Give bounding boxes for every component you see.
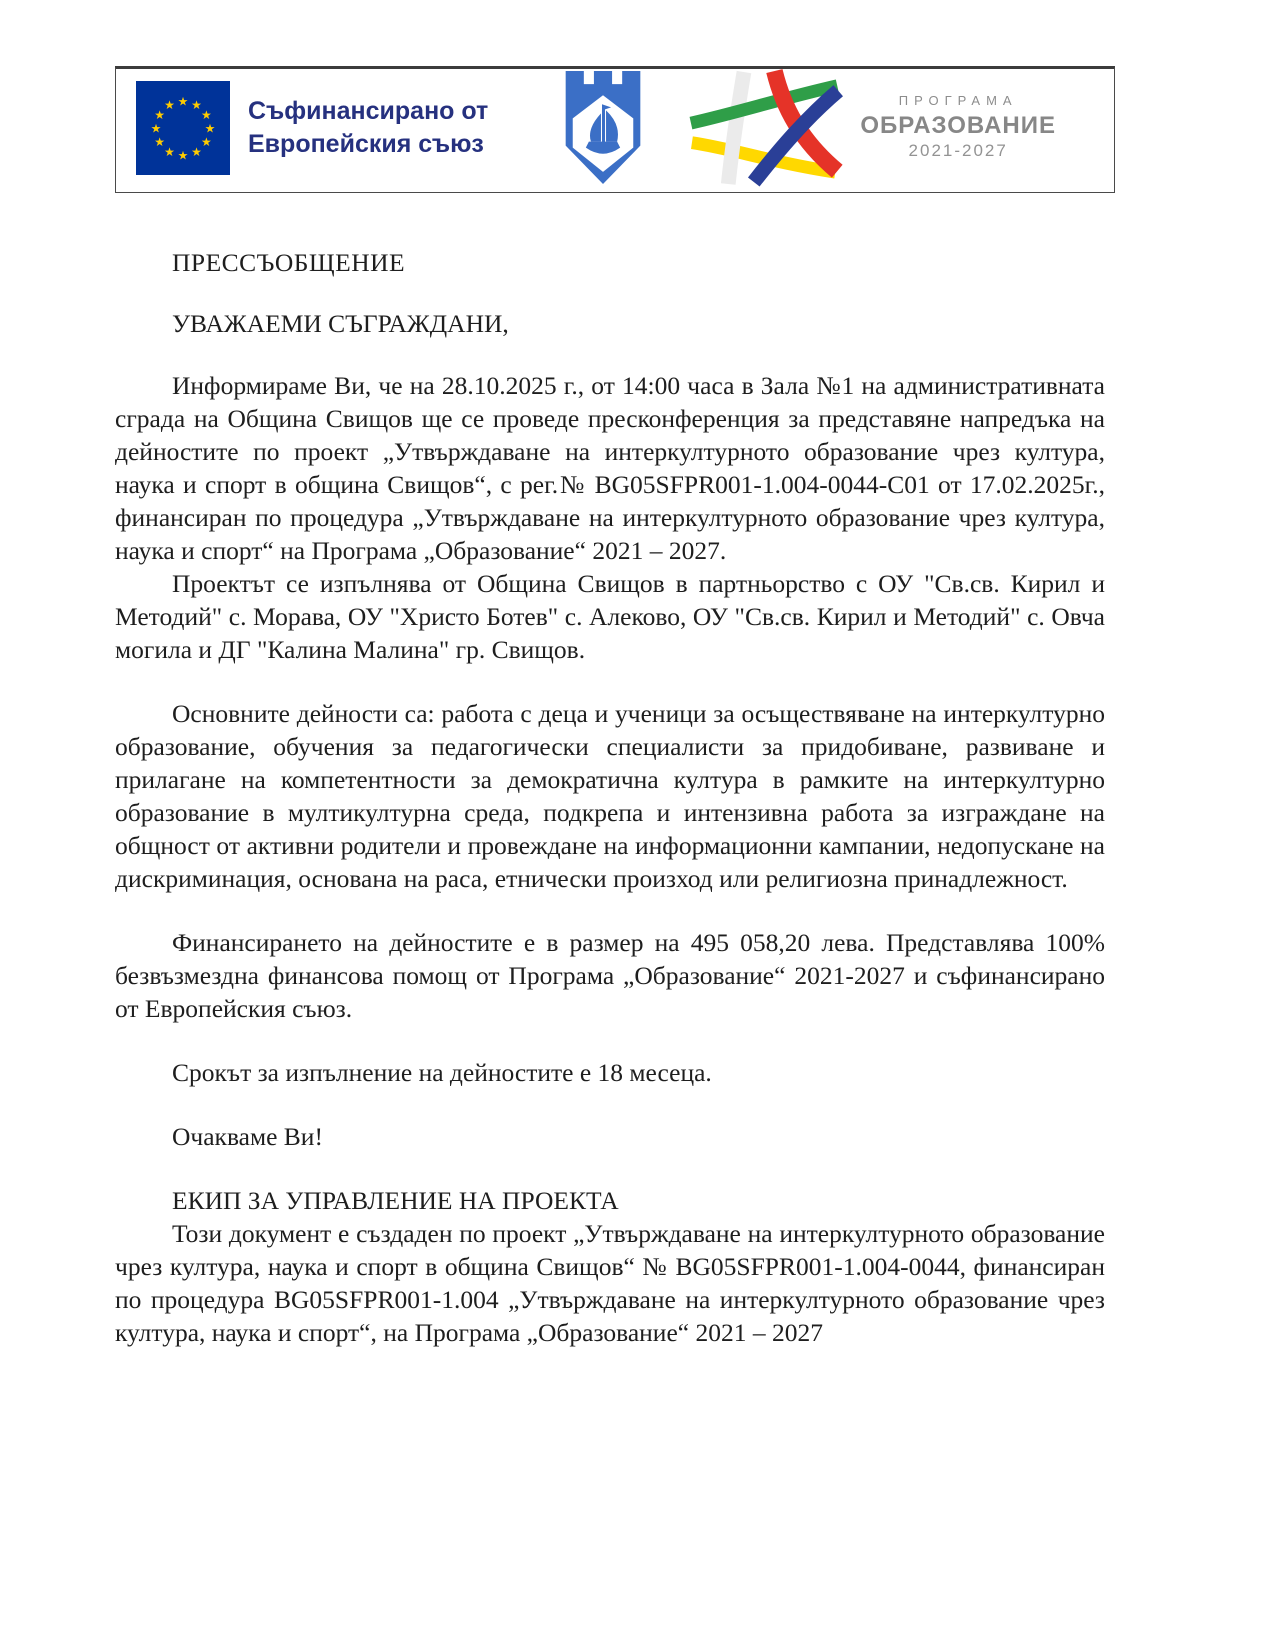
press-release-title: ПРЕССЪОБЩЕНИЕ — [115, 246, 1105, 279]
paragraph-closing: Очакваме Ви! — [115, 1120, 1105, 1153]
eu-cofunding-label: Съфинансирано от Европейския съюз — [248, 95, 488, 160]
paragraph-signature: ЕКИП ЗА УПРАВЛЕНИЕ НА ПРОЕКТА — [115, 1184, 1105, 1217]
program-label-line1: ПРОГРАМА — [860, 94, 1056, 109]
education-program-logo: ПРОГРАМА ОБРАЗОВАНИЕ 2021-2027 — [688, 68, 1056, 188]
svg-text:★: ★ — [205, 121, 216, 135]
paragraph-announcement: Информираме Ви, че на 28.10.2025 г., от … — [115, 369, 1105, 567]
svg-text:★: ★ — [164, 144, 175, 158]
paragraph-duration: Срокът за изпълнение на дейностите е 18 … — [115, 1056, 1105, 1089]
svishtov-emblem-icon — [557, 71, 649, 185]
paragraph-partners: Проектът се изпълнява от Община Свищов в… — [115, 567, 1105, 666]
eu-cofunding-logo: ★ ★ ★ ★ ★ ★ ★ ★ ★ ★ ★ ★ Съфинансирано от… — [136, 81, 488, 175]
footer-disclaimer: Този документ е създаден по проект „Утвъ… — [115, 1217, 1105, 1349]
program-label-line3: 2021-2027 — [860, 141, 1056, 161]
svg-text:★: ★ — [191, 144, 202, 158]
svg-text:★: ★ — [178, 148, 189, 162]
svg-text:★: ★ — [201, 108, 212, 122]
press-release-page: ★ ★ ★ ★ ★ ★ ★ ★ ★ ★ ★ ★ Съфинансирано от… — [0, 0, 1275, 1650]
paragraph-activities: Основните дейности са: работа с деца и у… — [115, 697, 1105, 895]
eu-flag-icon: ★ ★ ★ ★ ★ ★ ★ ★ ★ ★ ★ ★ — [136, 81, 230, 175]
education-program-label: ПРОГРАМА ОБРАЗОВАНИЕ 2021-2027 — [860, 94, 1056, 161]
svg-text:★: ★ — [164, 98, 175, 112]
document-body: ПРЕССЪОБЩЕНИЕ УВАЖАЕМИ СЪГРАЖДАНИ, Инфор… — [0, 193, 1275, 1349]
svg-text:★: ★ — [151, 121, 162, 135]
eu-cofunding-label-line2: Европейския съюз — [248, 128, 488, 161]
salutation: УВАЖАЕМИ СЪГРАЖДАНИ, — [115, 307, 1105, 340]
svg-text:★: ★ — [178, 94, 189, 108]
eu-cofunding-label-line1: Съфинансирано от — [248, 95, 488, 128]
program-label-line2: ОБРАЗОВАНИЕ — [860, 112, 1056, 140]
header-logo-strip: ★ ★ ★ ★ ★ ★ ★ ★ ★ ★ ★ ★ Съфинансирано от… — [115, 66, 1115, 193]
svg-text:★: ★ — [201, 135, 212, 149]
education-program-ribbons-icon — [688, 68, 850, 188]
svg-text:★: ★ — [154, 135, 165, 149]
svishtov-municipality-emblem — [557, 71, 649, 185]
paragraph-financing: Финансирането на дейностите е в размер н… — [115, 926, 1105, 1025]
